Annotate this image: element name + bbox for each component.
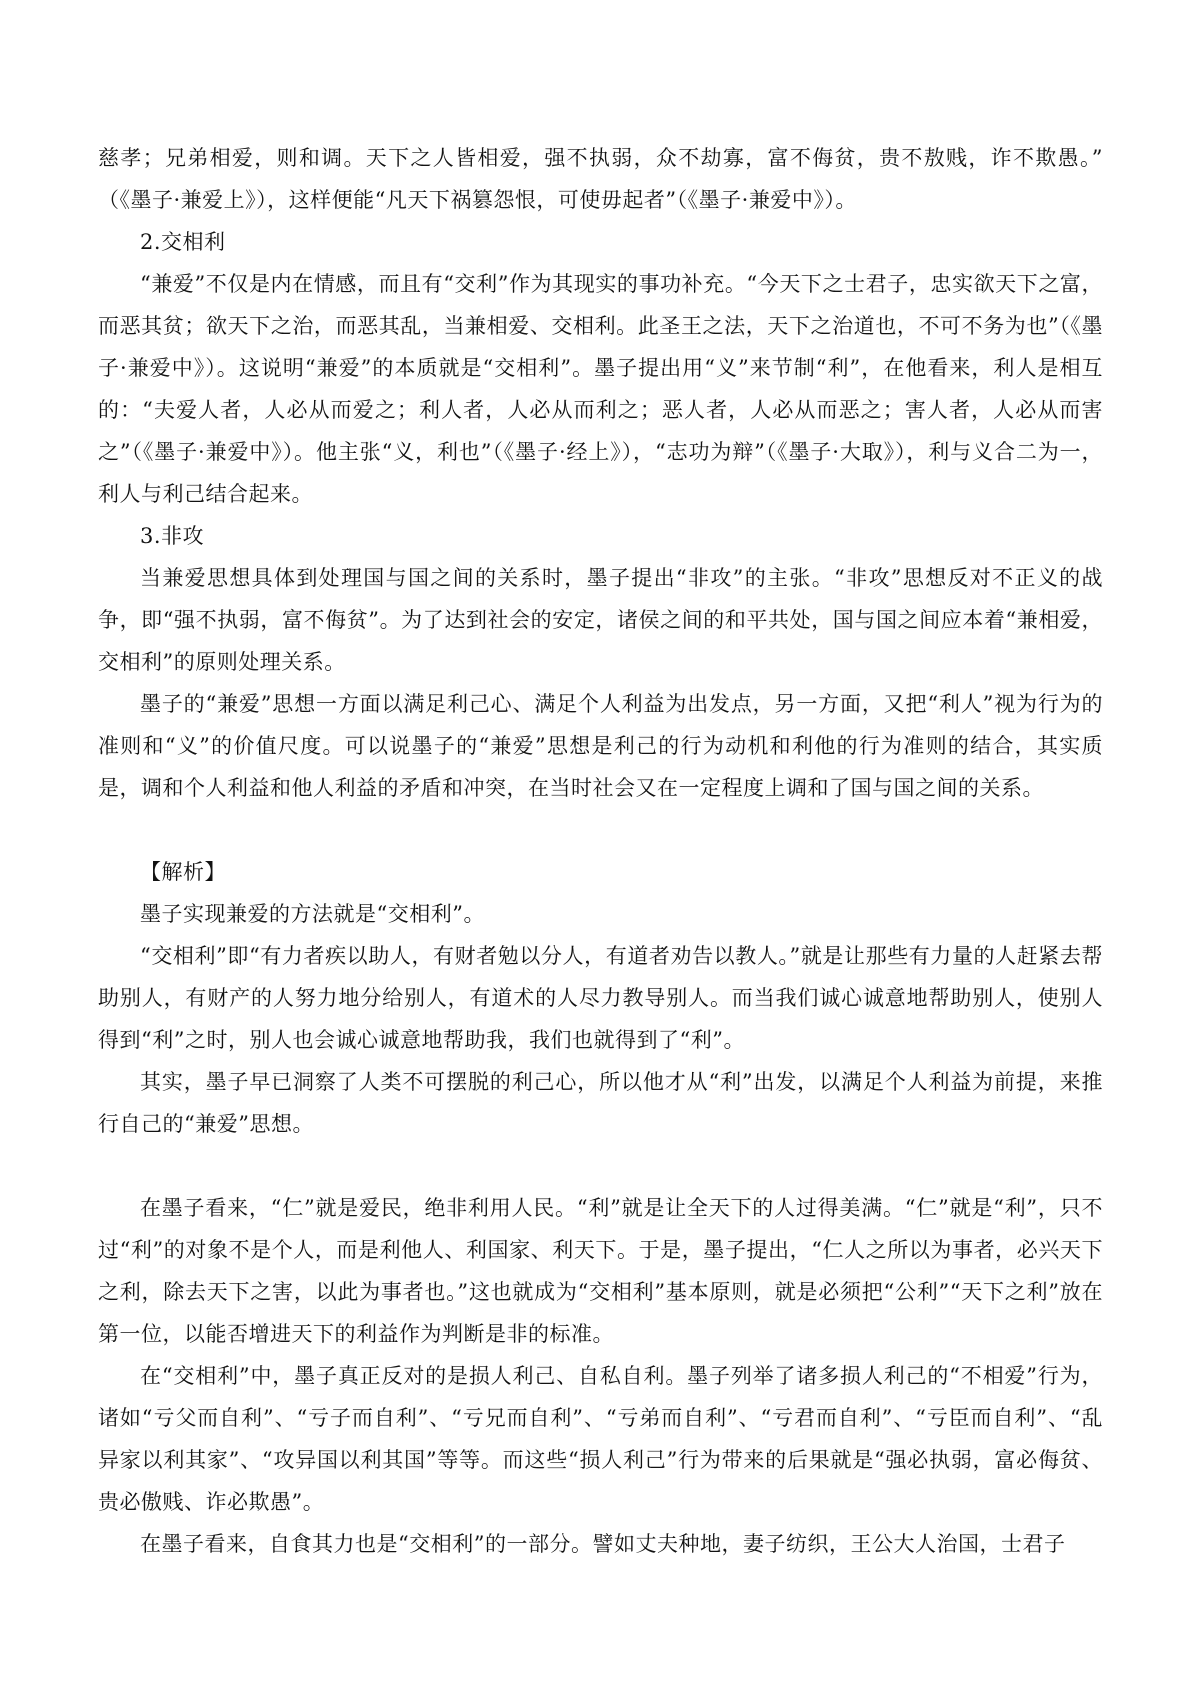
blank-line <box>98 1145 1103 1187</box>
paragraph: “兼爱”不仅是内在情感，而且有“交利”作为其现实的事功补充。“今天下之士君子，忠… <box>98 263 1103 515</box>
paragraph: 在墨子看来，自食其力也是“交相利”的一部分。譬如丈夫种地，妻子纺织，王公大人治国… <box>98 1523 1103 1565</box>
paragraph: 在“交相利”中，墨子真正反对的是损人利己、自私自利。墨子列举了诸多损人利己的“不… <box>98 1355 1103 1523</box>
paragraph: 3.非攻 <box>98 515 1103 557</box>
paragraph: 其实，墨子早已洞察了人类不可摆脱的利己心，所以他才从“利”出发，以满足个人利益为… <box>98 1061 1103 1145</box>
paragraph: “交相利”即“有力者疾以助人，有财者勉以分人，有道者劝告以教人。”就是让那些有力… <box>98 935 1103 1061</box>
document-page: 慈孝；兄弟相爱，则和调。天下之人皆相爱，强不执弱，众不劫寡，富不侮贫，贵不敖贱，… <box>0 0 1200 1698</box>
document-body: 慈孝；兄弟相爱，则和调。天下之人皆相爱，强不执弱，众不劫寡，富不侮贫，贵不敖贱，… <box>98 137 1103 1565</box>
paragraph: 慈孝；兄弟相爱，则和调。天下之人皆相爱，强不执弱，众不劫寡，富不侮贫，贵不敖贱，… <box>98 137 1103 221</box>
blank-line <box>98 809 1103 851</box>
paragraph: 【解析】 <box>98 851 1103 893</box>
paragraph: 墨子实现兼爱的方法就是“交相利”。 <box>98 893 1103 935</box>
paragraph: 在墨子看来，“仁”就是爱民，绝非利用人民。“利”就是让全天下的人过得美满。“仁”… <box>98 1187 1103 1355</box>
paragraph: 当兼爱思想具体到处理国与国之间的关系时，墨子提出“非攻”的主张。“非攻”思想反对… <box>98 557 1103 683</box>
paragraph: 墨子的“兼爱”思想一方面以满足利己心、满足个人利益为出发点，另一方面，又把“利人… <box>98 683 1103 809</box>
paragraph: 2.交相利 <box>98 221 1103 263</box>
